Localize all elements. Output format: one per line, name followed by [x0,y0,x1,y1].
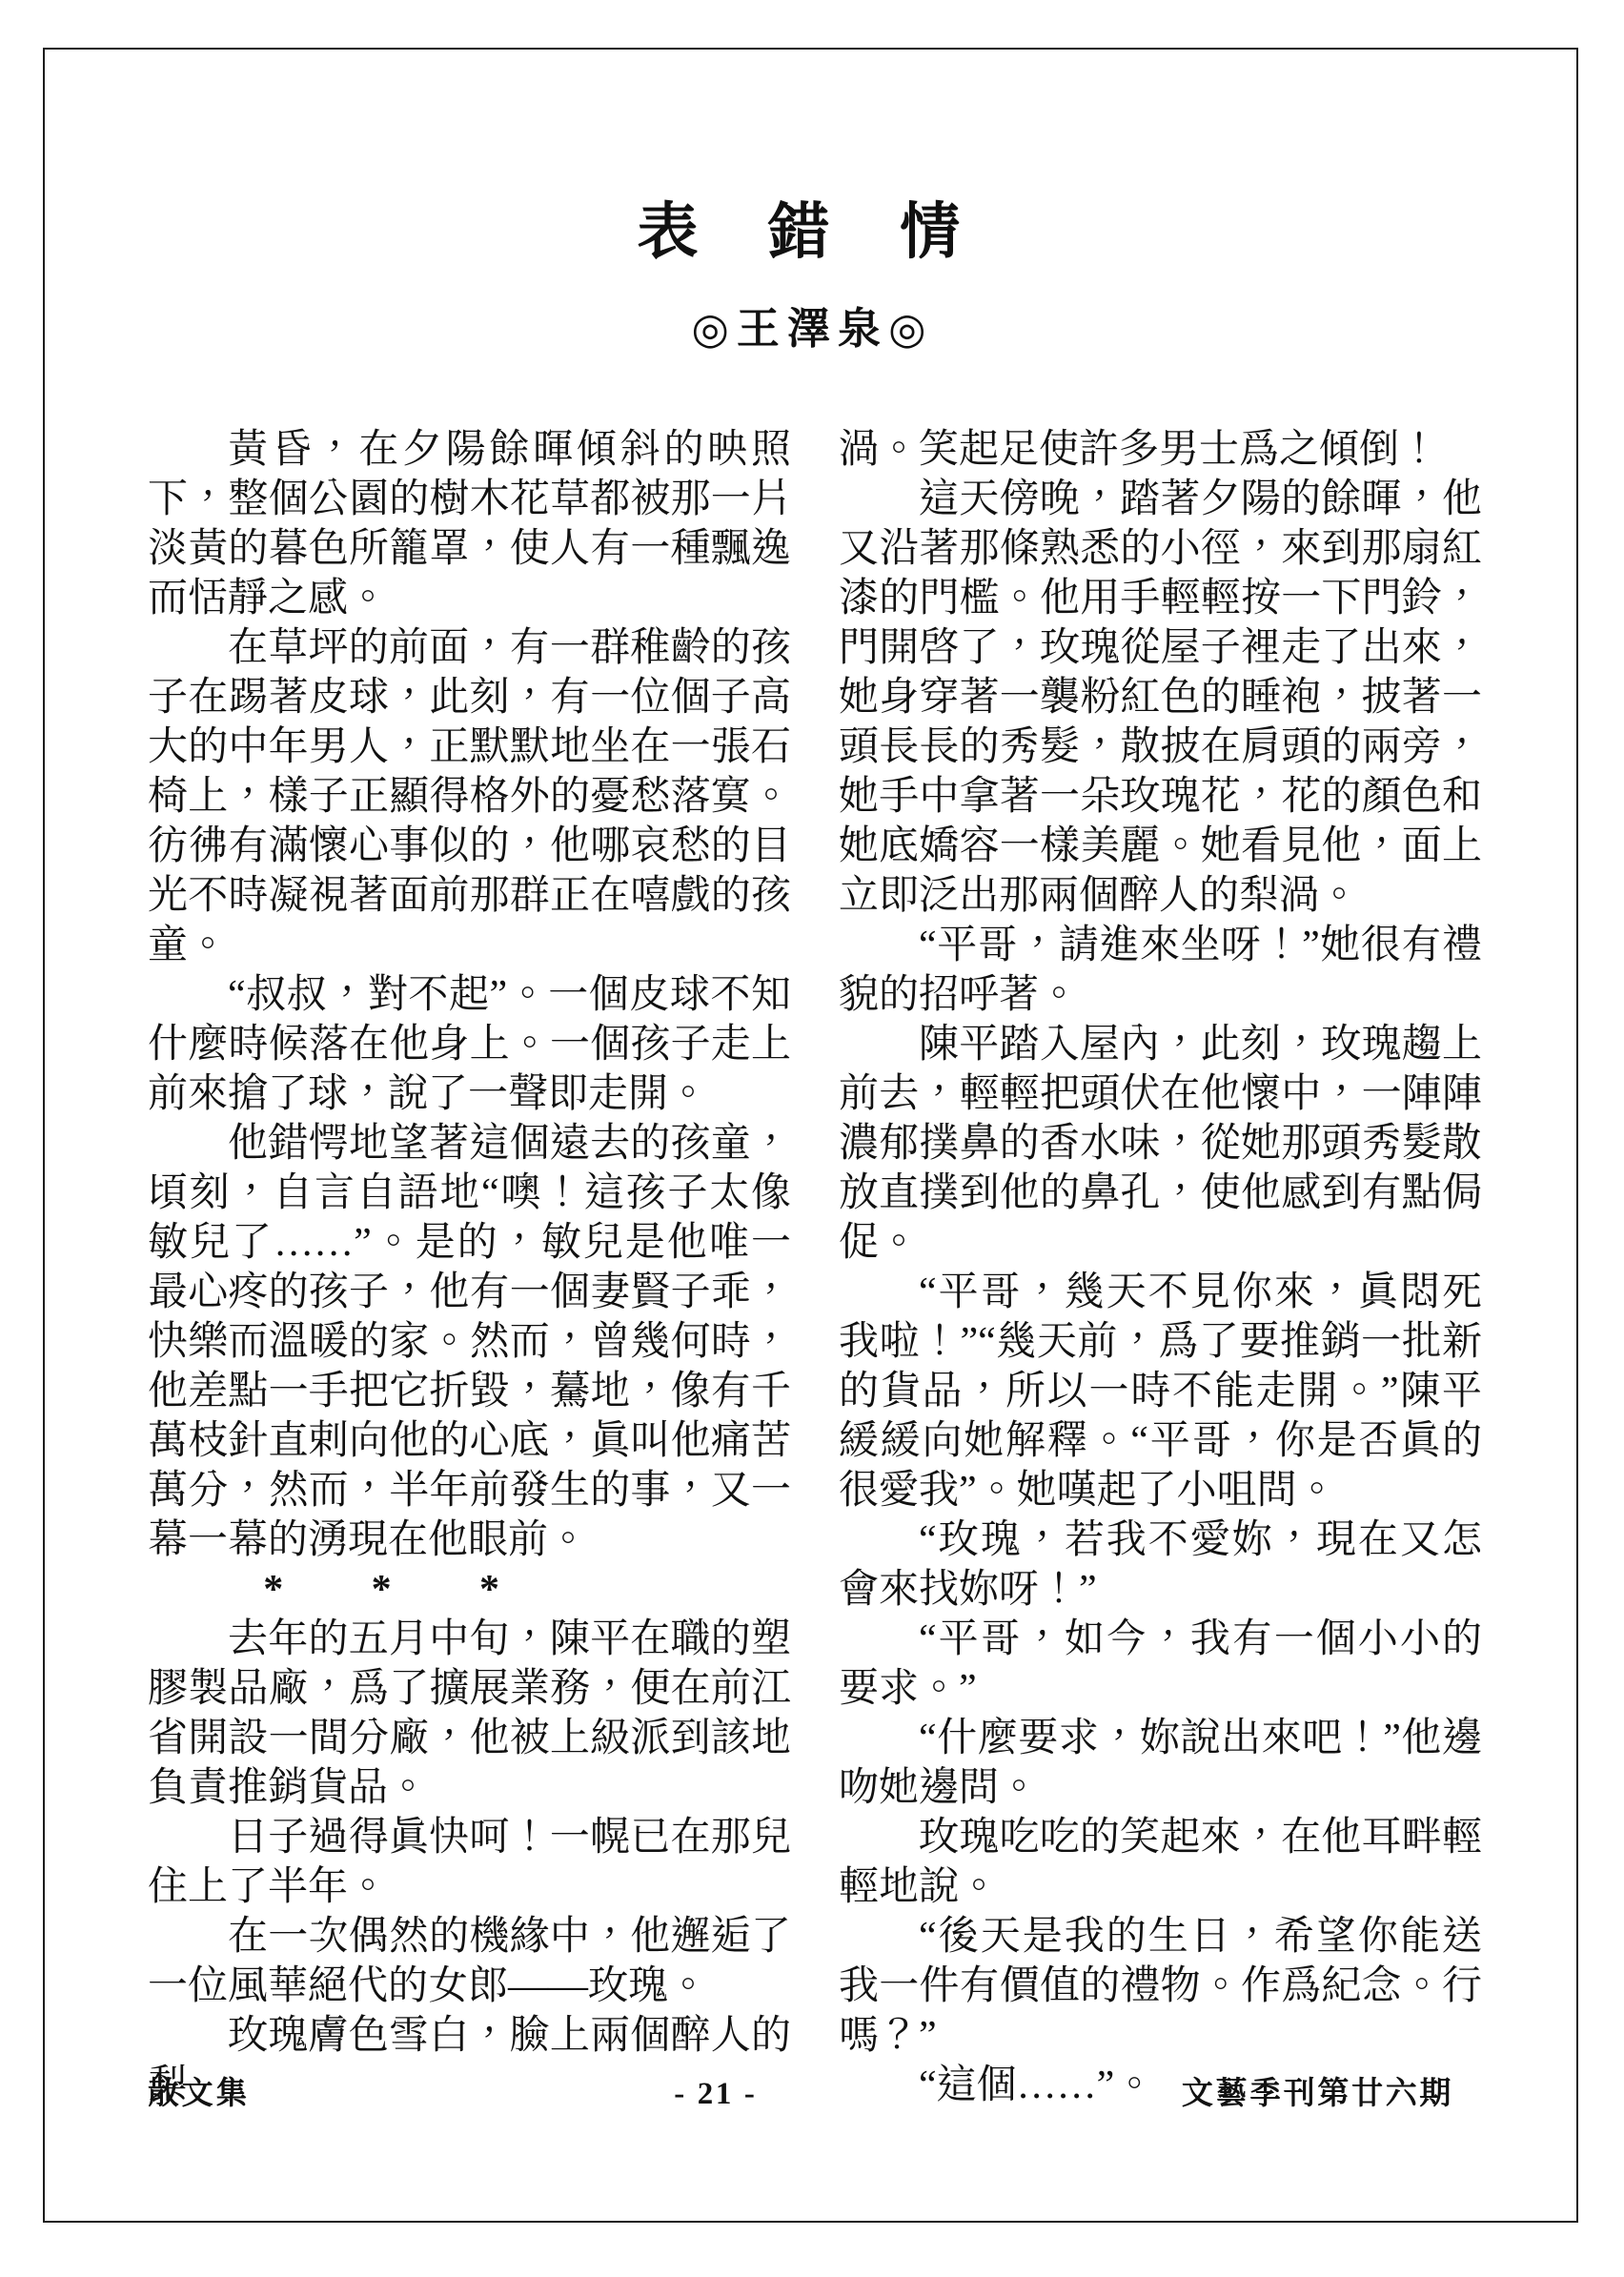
paragraph: “叔叔，對不起”。一個皮球不知什麼時候落在他身上。一個孩子走上前來搶了球，說了一… [148,970,791,1119]
paragraph: 在草坪的前面，有一群稚齡的孩子在踢著皮球，此刻，有一位個子高大的中年男人，正默默… [148,623,791,970]
paragraph: “平哥，幾天不見你來，眞悶死我啦！”“幾天前，爲了要推銷一批新的貨品，所以一時不… [839,1268,1482,1515]
paragraph: 在一次偶然的機緣中，他邂逅了一位風華絕代的女郎——玫瑰。 [148,1912,791,2011]
footer-publication-name: 文藝季刊第廿六期 [1182,2068,1453,2113]
section-separator: *** [148,1565,791,1615]
paragraph: “平哥，請進來坐呀！”她很有禮貌的招呼著。 [839,921,1482,1020]
paragraph: “平哥，如今，我有一個小小的要求。” [839,1615,1482,1714]
footer-section-name: 散文集 [148,2068,250,2113]
page-footer: 散文集 - 21 - 文藝季刊第廿六期 [148,2068,1453,2113]
footer-page-number: - 21 - [674,2077,757,2112]
paragraph: “後天是我的生日，希望你能送我一件有價值的禮物。作爲紀念。行嗎？” [839,1912,1482,2061]
column-right: 渦。笑起足使許多男士爲之傾倒！這天傍晚，踏著夕陽的餘暉，他又沿著那條熟悉的小徑，… [839,425,1482,2110]
paragraph: 玫瑰吃吃的笑起來，在他耳畔輕輕地說。 [839,1813,1482,1912]
paragraph: 渦。笑起足使許多男士爲之傾倒！ [839,425,1482,475]
author-byline: ◎王澤泉◎ [43,294,1582,356]
article-body: 黃昏，在夕陽餘暉傾斜的映照下，整個公園的樹木花草都被那一片淡黃的暮色所籠罩，使人… [148,425,1482,2110]
paragraph: 陳平踏入屋內，此刻，玫瑰趨上前去，輕輕把頭伏在他懷中，一陣陣濃郁撲鼻的香水味，從… [839,1020,1482,1268]
paragraph: “什麼要求，妳說出來吧！”他邊吻她邊問。 [839,1714,1482,1813]
paragraph: 去年的五月中旬，陳平在職的塑膠製品廠，爲了擴展業務，便在前江省開設一間分廠，他被… [148,1615,791,1813]
paragraph: 這天傍晚，踏著夕陽的餘暉，他又沿著那條熟悉的小徑，來到那扇紅漆的門檻。他用手輕輕… [839,475,1482,921]
paragraph: 日子過得眞快呵！一幌已在那兒住上了半年。 [148,1813,791,1912]
paragraph: “玫瑰，若我不愛妳，現在又怎會來找妳呀！” [839,1515,1482,1615]
article-title: 表 錯 情 [43,183,1582,271]
scanned-magazine-page: 表 錯 情 ◎王澤泉◎ 黃昏，在夕陽餘暉傾斜的映照下，整個公園的樹木花草都被那一… [0,0,1624,2277]
paragraph: 他錯愕地望著這個遠去的孩童，頃刻，自言自語地“噢！這孩子太像敏兒了……”。是的，… [148,1119,791,1565]
paragraph: 黃昏，在夕陽餘暉傾斜的映照下，整個公園的樹木花草都被那一片淡黃的暮色所籠罩，使人… [148,425,791,623]
column-left: 黃昏，在夕陽餘暉傾斜的映照下，整個公園的樹木花草都被那一片淡黃的暮色所籠罩，使人… [148,425,791,2110]
